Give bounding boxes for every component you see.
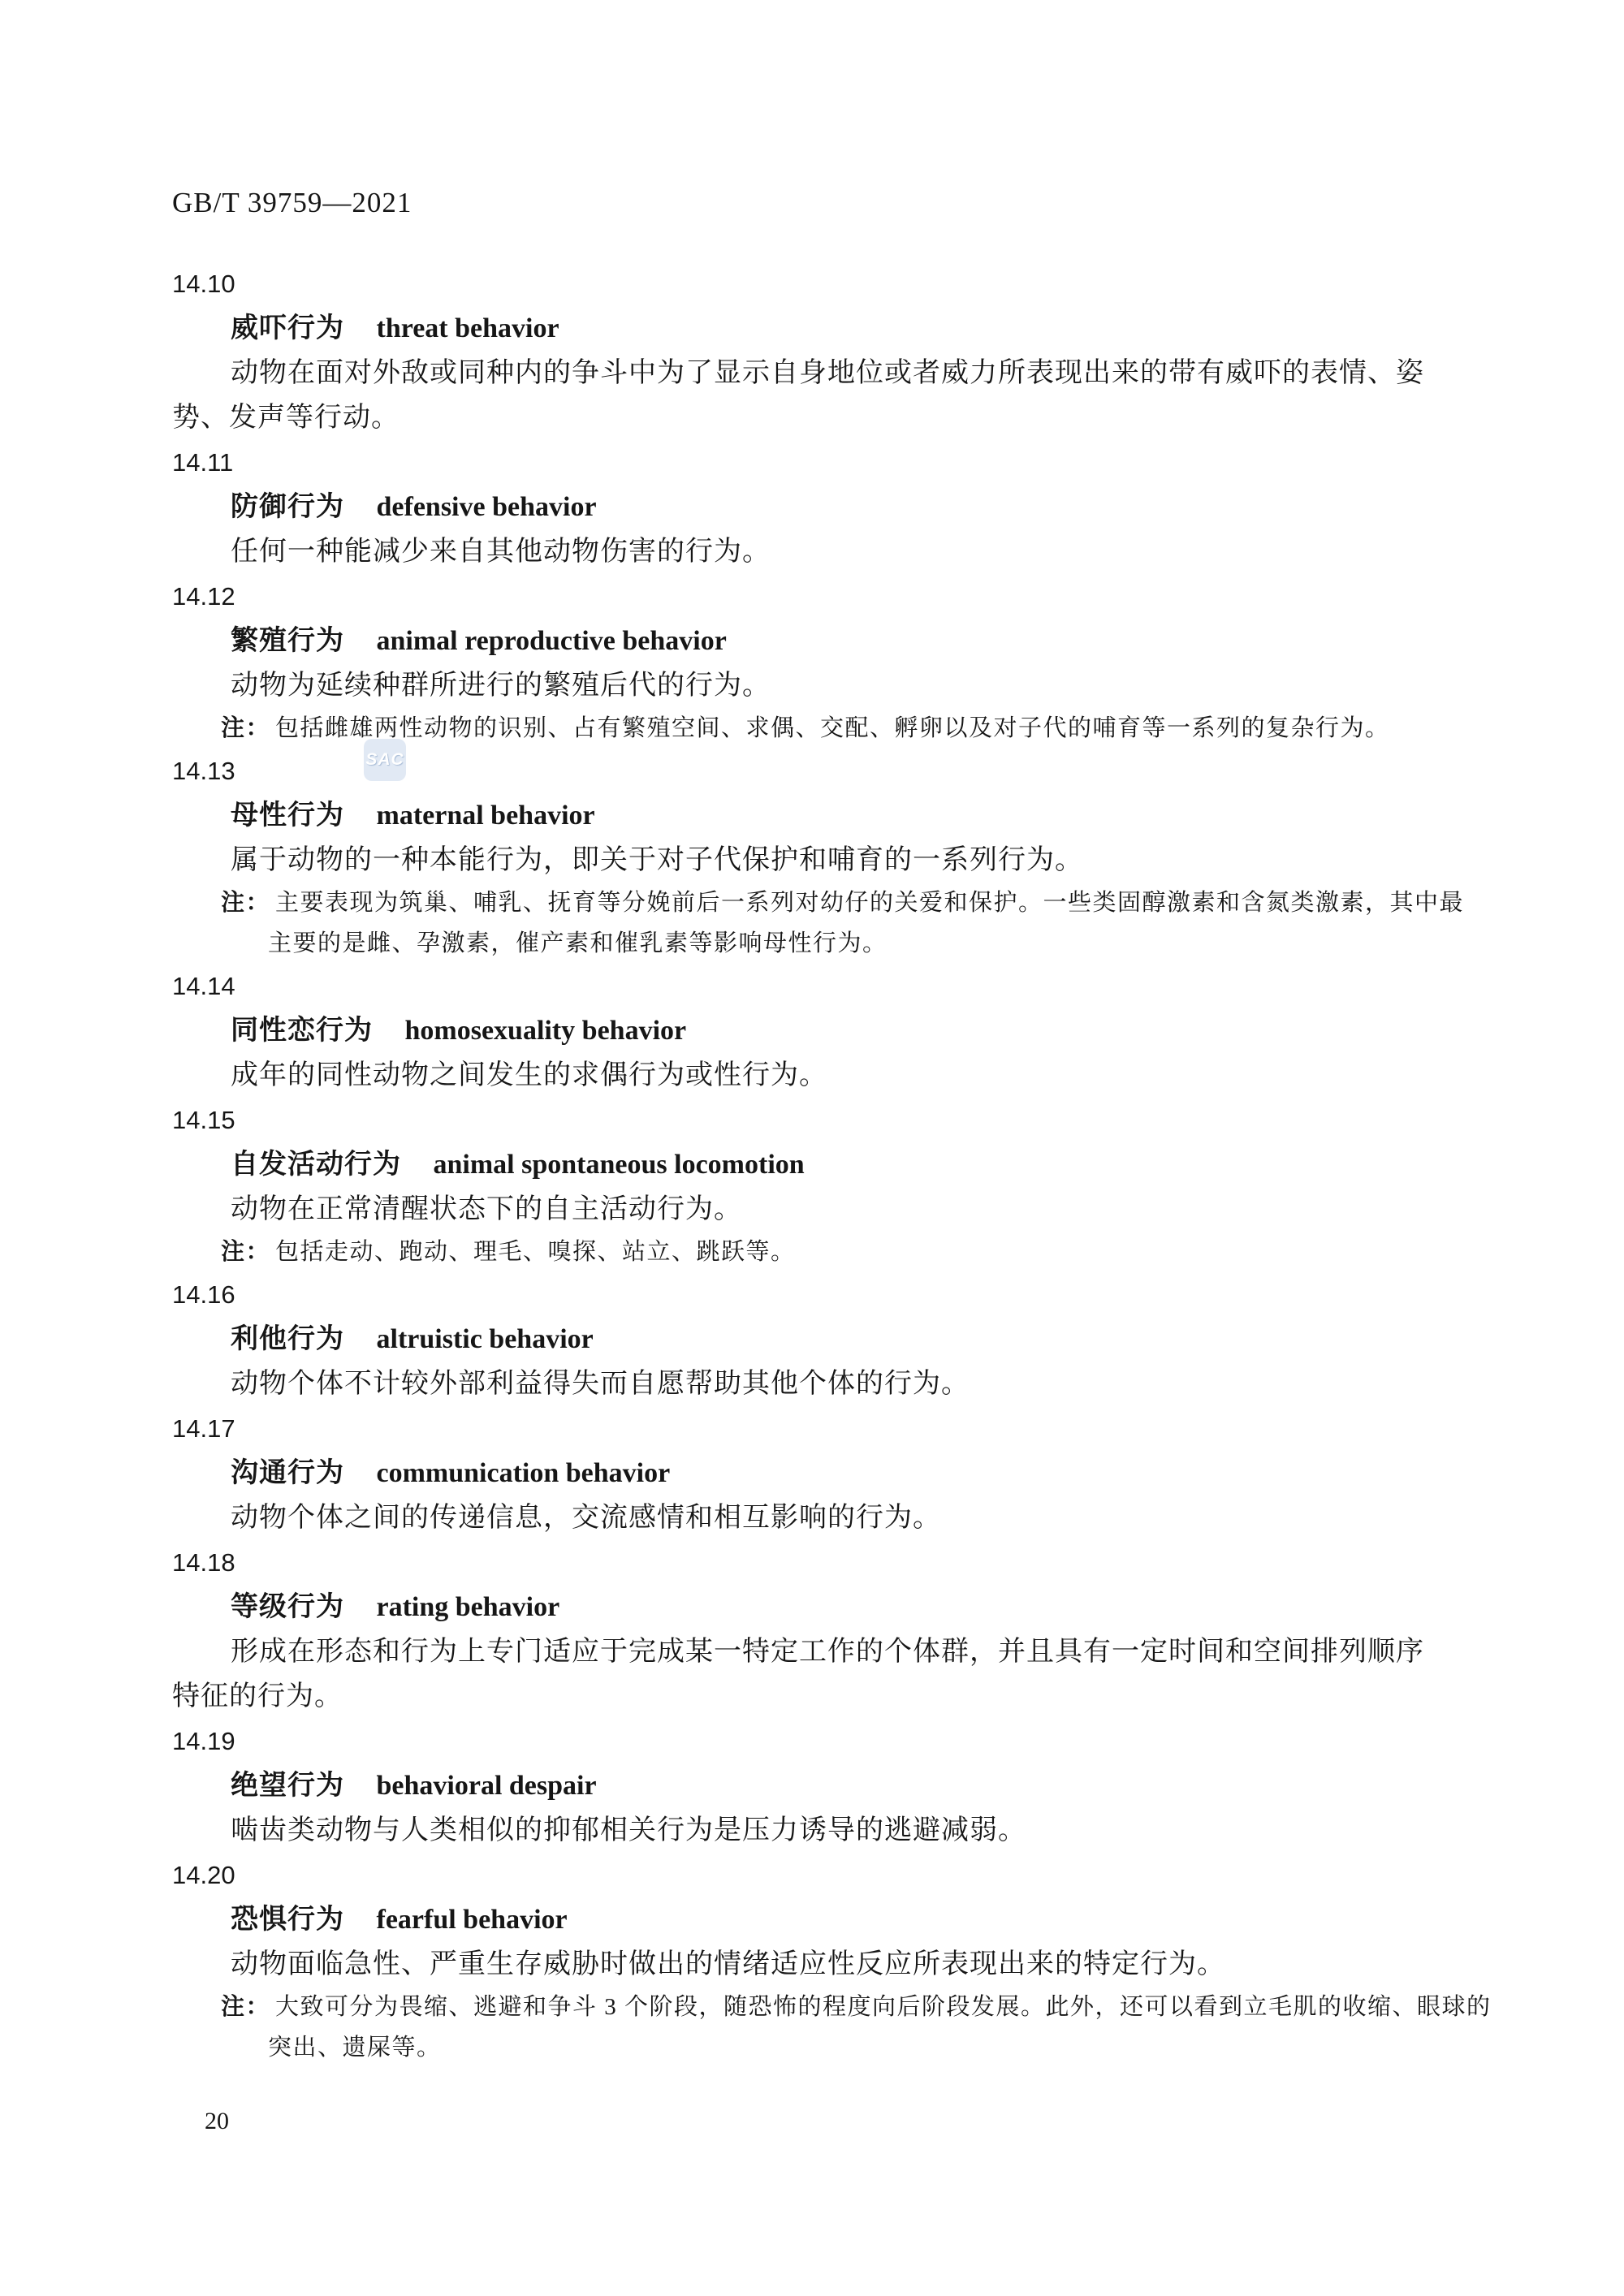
term-english: fearful behavior (377, 1905, 568, 1935)
term-english: animal spontaneous locomotion (434, 1150, 805, 1180)
note-text: 主要表现为筑巢、哺乳、抚育等分娩前后一系列对幼仔的关爱和保护。一些类固醇激素和含… (275, 890, 1464, 916)
term-chinese: 自发活动行为 (231, 1149, 401, 1180)
term-english: altruistic behavior (377, 1324, 594, 1354)
note-line: 注：包括雌雄两性动物的识别、占有繁殖空间、求偶、交配、孵卵以及对子代的哺育等一系… (172, 708, 1465, 749)
note-line: 主要的是雌、孕激素，催产素和催乳素等影响母性行为。 (172, 923, 1465, 964)
term-english: communication behavior (377, 1458, 671, 1488)
term-english: threat behavior (377, 313, 559, 343)
definition-line: 动物面临急性、严重生存威胁时做出的情绪适应性反应所表现出来的特定行为。 (172, 1942, 1465, 1987)
term-chinese: 等级行为 (231, 1591, 344, 1622)
section-number: 14.10 (172, 261, 1465, 306)
term-chinese: 同性恋行为 (231, 1015, 373, 1046)
note-text: 包括雌雄两性动物的识别、占有繁殖空间、求偶、交配、孵卵以及对子代的哺育等一系列的… (275, 715, 1390, 741)
section-number: 14.19 (172, 1719, 1465, 1763)
term-section: 14.11 防御行为 defensive behavior 任何一种能减少来自其… (172, 440, 1465, 574)
definition-line: 动物个体不计较外部利益得失而自愿帮助其他个体的行为。 (172, 1362, 1465, 1406)
term-section: 14.13 母性行为 maternal behavior 属于动物的一种本能行为… (172, 749, 1465, 964)
section-number: 14.14 (172, 964, 1465, 1008)
term-line: 利他行为 altruistic behavior (172, 1317, 1465, 1362)
term-chinese: 恐惧行为 (231, 1904, 344, 1935)
definition-line: 形成在形态和行为上专门适应于完成某一特定工作的个体群，并且具有一定时间和空间排列… (172, 1629, 1465, 1674)
note-line: 突出、遗屎等。 (172, 2027, 1465, 2068)
document-page: GB/T 39759—2021 SAC 14.10 威吓行为 threat be… (0, 0, 1624, 2296)
term-line: 母性行为 maternal behavior (172, 793, 1465, 838)
term-english: defensive behavior (377, 492, 597, 522)
definition-line: 特征的行为。 (172, 1674, 1465, 1719)
standard-number-header: GB/T 39759—2021 (172, 187, 412, 219)
definition-line: 属于动物的一种本能行为，即关于对子代保护和哺育的一系列行为。 (172, 838, 1465, 883)
term-line: 绝望行为 behavioral despair (172, 1763, 1465, 1808)
term-english: homosexuality behavior (405, 1016, 687, 1046)
section-number: 14.17 (172, 1406, 1465, 1451)
section-number: 14.16 (172, 1272, 1465, 1317)
note-label: 注： (221, 890, 270, 916)
definition-line: 成年的同性动物之间发生的求偶行为或性行为。 (172, 1053, 1465, 1098)
section-number: 14.18 (172, 1540, 1465, 1585)
note-text: 包括走动、跑动、理毛、嗅探、站立、跳跃等。 (275, 1239, 796, 1265)
definition-line: 动物在面对外敌或同种内的争斗中为了显示自身地位或者威力所表现出来的带有威吓的表情… (172, 351, 1465, 395)
section-number: 14.12 (172, 574, 1465, 619)
note-line: 注：大致可分为畏缩、逃避和争斗 3 个阶段，随恐怖的程度向后阶段发展。此外，还可… (172, 1987, 1465, 2027)
definition-line: 势、发声等行动。 (172, 395, 1465, 440)
note-label: 注： (221, 1994, 270, 2020)
term-section: 14.10 威吓行为 threat behavior 动物在面对外敌或同种内的争… (172, 261, 1465, 440)
section-number: 14.13 (172, 749, 1465, 793)
term-chinese: 绝望行为 (231, 1770, 344, 1801)
term-chinese: 利他行为 (231, 1323, 344, 1354)
term-section: 14.20 恐惧行为 fearful behavior 动物面临急性、严重生存威… (172, 1853, 1465, 2068)
term-section: 14.16 利他行为 altruistic behavior 动物个体不计较外部… (172, 1272, 1465, 1406)
term-english: maternal behavior (377, 801, 595, 831)
section-number: 14.20 (172, 1853, 1465, 1897)
note-text: 大致可分为畏缩、逃避和争斗 3 个阶段，随恐怖的程度向后阶段发展。此外，还可以看… (275, 1994, 1492, 2020)
terms-content: 14.10 威吓行为 threat behavior 动物在面对外敌或同种内的争… (172, 261, 1465, 2068)
term-chinese: 繁殖行为 (231, 625, 344, 656)
term-line: 恐惧行为 fearful behavior (172, 1897, 1465, 1942)
term-line: 自发活动行为 animal spontaneous locomotion (172, 1142, 1465, 1187)
term-chinese: 母性行为 (231, 800, 344, 831)
term-line: 繁殖行为 animal reproductive behavior (172, 619, 1465, 663)
definition-line: 啮齿类动物与人类相似的抑郁相关行为是压力诱导的逃避减弱。 (172, 1808, 1465, 1853)
term-section: 14.12 繁殖行为 animal reproductive behavior … (172, 574, 1465, 749)
note-label: 注： (221, 715, 270, 741)
term-english: animal reproductive behavior (377, 626, 727, 656)
term-section: 14.19 绝望行为 behavioral despair 啮齿类动物与人类相似… (172, 1719, 1465, 1853)
term-chinese: 沟通行为 (231, 1457, 344, 1488)
page-number: 20 (205, 2108, 229, 2135)
note-label: 注： (221, 1239, 270, 1265)
note-line: 注：主要表现为筑巢、哺乳、抚育等分娩前后一系列对幼仔的关爱和保护。一些类固醇激素… (172, 883, 1465, 923)
term-line: 等级行为 rating behavior (172, 1585, 1465, 1629)
definition-line: 动物在正常清醒状态下的自主活动行为。 (172, 1187, 1465, 1232)
term-section: 14.17 沟通行为 communication behavior 动物个体之间… (172, 1406, 1465, 1540)
section-number: 14.15 (172, 1098, 1465, 1142)
section-number: 14.11 (172, 440, 1465, 485)
term-line: 防御行为 defensive behavior (172, 485, 1465, 529)
term-line: 沟通行为 communication behavior (172, 1451, 1465, 1495)
term-section: 14.14 同性恋行为 homosexuality behavior 成年的同性… (172, 964, 1465, 1098)
term-line: 威吓行为 threat behavior (172, 306, 1465, 351)
definition-line: 动物个体之间的传递信息，交流感情和相互影响的行为。 (172, 1495, 1465, 1540)
term-section: 14.15 自发活动行为 animal spontaneous locomoti… (172, 1098, 1465, 1272)
definition-line: 动物为延续种群所进行的繁殖后代的行为。 (172, 663, 1465, 708)
term-line: 同性恋行为 homosexuality behavior (172, 1008, 1465, 1053)
term-english: rating behavior (377, 1592, 560, 1622)
definition-line: 任何一种能减少来自其他动物伤害的行为。 (172, 529, 1465, 574)
term-english: behavioral despair (377, 1771, 597, 1801)
term-chinese: 防御行为 (231, 491, 344, 522)
term-chinese: 威吓行为 (231, 313, 344, 343)
note-line: 注：包括走动、跑动、理毛、嗅探、站立、跳跃等。 (172, 1232, 1465, 1272)
term-section: 14.18 等级行为 rating behavior 形成在形态和行为上专门适应… (172, 1540, 1465, 1719)
